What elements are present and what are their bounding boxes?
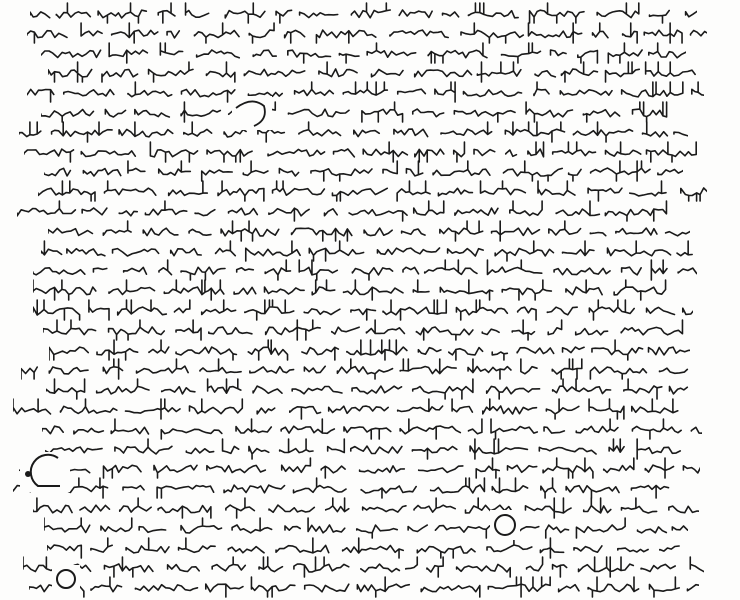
- handwritten-line: [19, 457, 700, 479]
- circle-diagram-icon: [490, 510, 520, 540]
- handwritten-line: [47, 537, 687, 559]
- handwritten-line: [43, 319, 701, 341]
- handwritten-line: [42, 418, 702, 440]
- handwritten-line: [19, 121, 688, 143]
- handwritten-line: [44, 160, 683, 182]
- handwritten-line: [48, 61, 704, 83]
- handwritten-line: [21, 358, 704, 380]
- handwritten-line: [49, 339, 690, 361]
- handwritten-line: [48, 220, 690, 242]
- manuscript-page: [0, 0, 740, 600]
- handwritten-line: [23, 556, 705, 578]
- handwritten-line: [30, 2, 697, 24]
- handwritten-line: [33, 259, 697, 281]
- handwritten-line: [46, 378, 705, 400]
- handwritten-line: [41, 101, 681, 123]
- handwritten-line: [13, 477, 681, 499]
- handwritten-line: [33, 299, 693, 321]
- handwritten-line: [38, 180, 707, 202]
- handwritten-line: [29, 576, 699, 598]
- handwritten-line: [24, 141, 705, 163]
- handwritten-line: [13, 398, 695, 420]
- handwritten-line: [44, 517, 688, 539]
- handwritten-line: [33, 279, 683, 301]
- handwritten-line: [27, 22, 707, 44]
- handwritten-line: [45, 438, 696, 460]
- handwritten-line: [17, 200, 684, 222]
- circle-diagram-icon: [52, 565, 80, 593]
- handwritten-line: [41, 240, 698, 262]
- handwritten-line: [41, 42, 686, 64]
- semicircle-diagram-icon: [20, 452, 70, 492]
- handwritten-line: [33, 497, 699, 519]
- loop-mark-icon: [232, 96, 272, 130]
- handwritten-line: [27, 81, 705, 103]
